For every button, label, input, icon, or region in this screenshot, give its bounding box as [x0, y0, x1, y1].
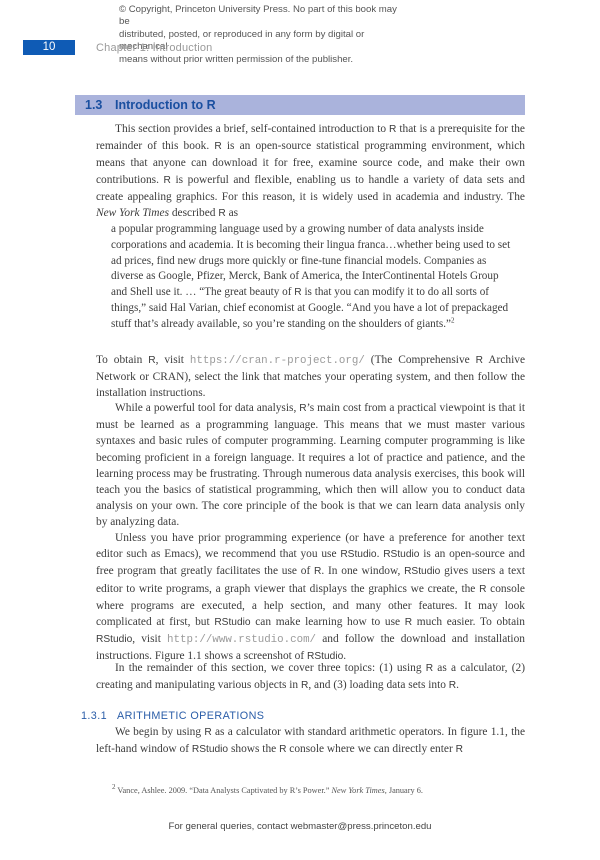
paragraph-obtain-r: To obtain R, visit https://cran.r-projec… [96, 352, 525, 402]
copyright-line-3: means without prior written permission o… [119, 54, 399, 66]
subsection-number: 1.3.1 [81, 710, 117, 722]
text: In the remainder of this section, we cov… [115, 662, 426, 674]
r-code: R [405, 617, 412, 628]
text: . In one window, [321, 565, 404, 577]
text: . [456, 679, 459, 691]
r-code: R [214, 141, 221, 152]
r-code: R [299, 403, 306, 414]
paragraph-rstudio: Unless you have prior programming experi… [96, 530, 525, 666]
r-code: R [204, 727, 211, 738]
copyright-line-1: © Copyright, Princeton University Press.… [119, 4, 399, 29]
text: described [169, 207, 218, 219]
block-quote: a popular programming language used by a… [111, 222, 511, 333]
text: console where we can directly enter [286, 743, 455, 755]
cran-link[interactable]: https://cran.r-project.org/ [190, 355, 365, 367]
footnote-source: New York Times [332, 786, 385, 795]
text: much easier. To obtain [412, 616, 525, 628]
text: While a powerful tool for data analysis, [115, 402, 299, 414]
rstudio-code: RStudio [383, 549, 419, 560]
r-code: R [456, 744, 463, 755]
text: , January 6. [385, 786, 423, 795]
subsection-title: ARITHMETIC OPERATIONS [117, 710, 264, 722]
text: This section provides a brief, self-cont… [115, 123, 389, 135]
r-code: R [218, 208, 225, 219]
rstudio-link[interactable]: http://www.rstudio.com/ [167, 634, 316, 646]
subsection-heading: 1.3.1ARITHMETIC OPERATIONS [81, 710, 264, 722]
text: We begin by using [115, 726, 204, 738]
section-number: 1.3 [85, 98, 115, 112]
r-code: R [426, 663, 433, 674]
rstudio-code: RStudio [96, 634, 132, 645]
paragraph-topics: In the remainder of this section, we cov… [96, 660, 525, 694]
text: can make learning how to use [251, 616, 405, 628]
rstudio-code: RStudio [340, 549, 376, 560]
footnote: 2 Vance, Ashlee. 2009. “Data Analysts Ca… [112, 786, 423, 795]
text: , and (3) loading data sets into [308, 679, 448, 691]
text: (The Comprehensive [365, 354, 476, 366]
running-head: 10 Chapter 1: Introduction [23, 40, 213, 55]
footnote-reference[interactable]: 2 [451, 316, 455, 324]
r-code: R [164, 175, 171, 186]
r-code: R [148, 355, 155, 366]
text: ’s main cost from a practical viewpoint … [96, 402, 525, 528]
page-number: 10 [23, 40, 75, 55]
paragraph-intro: This section provides a brief, self-cont… [96, 121, 525, 222]
rstudio-code: RStudio [192, 744, 228, 755]
r-code: R [476, 355, 483, 366]
chapter-title: Chapter 1: Introduction [96, 42, 213, 54]
rstudio-code: RStudio [214, 617, 250, 628]
publication-title: New York Times [96, 207, 169, 219]
copyright-notice: © Copyright, Princeton University Press.… [119, 4, 399, 66]
text: as [226, 207, 238, 219]
section-title: Introduction to R [115, 98, 216, 112]
r-code: R [294, 287, 301, 298]
text: shows the [228, 743, 279, 755]
paragraph-arithmetic: We begin by using R as a calculator with… [96, 724, 525, 758]
text: Vance, Ashlee. 2009. “Data Analysts Capt… [116, 786, 332, 795]
rstudio-code: RStudio [404, 566, 440, 577]
text: , visit [156, 354, 190, 366]
text: To obtain [96, 354, 148, 366]
paragraph-r-cost: While a powerful tool for data analysis,… [96, 400, 525, 531]
section-heading: 1.3 Introduction to R [75, 95, 525, 115]
text: , visit [132, 633, 167, 645]
page-footer: For general queries, contact webmaster@p… [0, 821, 600, 832]
